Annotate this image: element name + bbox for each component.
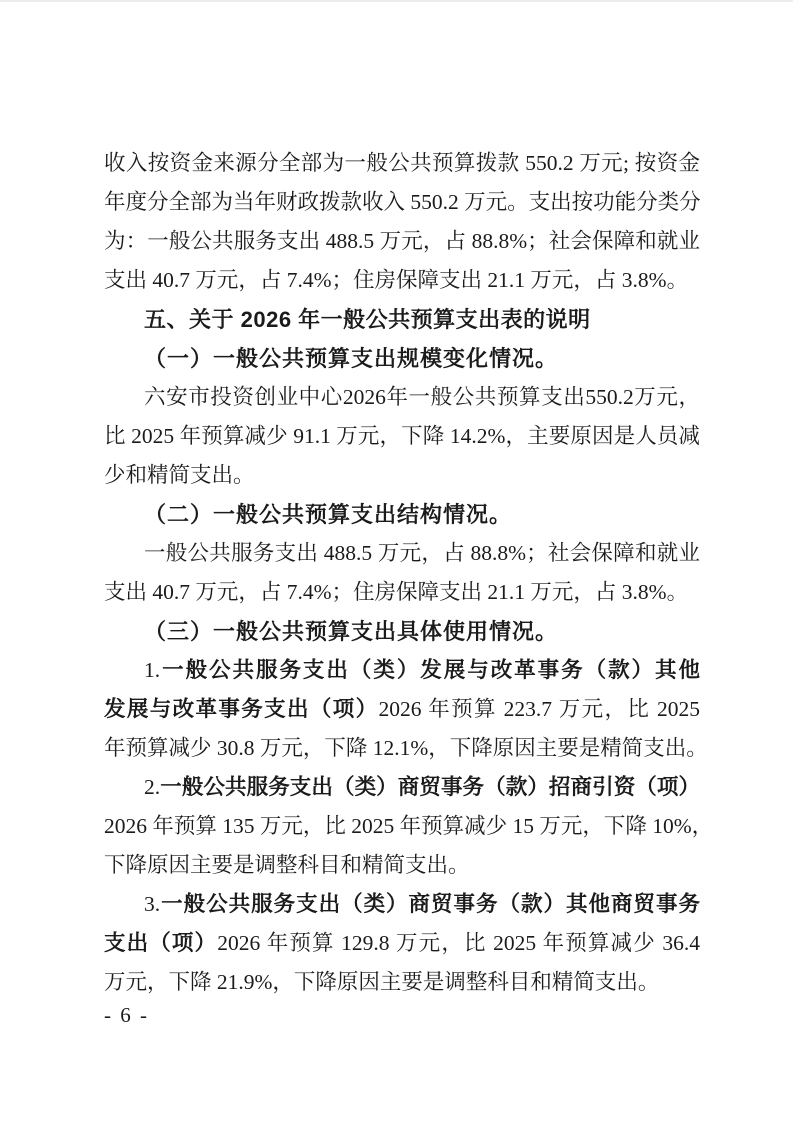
paragraph-line: 少和精简支出。 bbox=[104, 456, 700, 495]
list-item-2-line: 2.一般公共服务支出（类）商贸事务（款）招商引资（项） bbox=[104, 768, 700, 807]
list-item-1-line: 发展与改革事务支出（项）2026 年预算 223.7 万元，比 2025 bbox=[104, 690, 700, 729]
text-run: 为：一般公共服务支出 488.5 万元，占 88.8%；社会保障和就业 bbox=[104, 229, 700, 253]
text-run: 比 2025 年预算减少 91.1 万元，下降 14.2%，主要原因是人员减 bbox=[104, 424, 700, 448]
text-run: 年度分全部为当年财政拨款收入 550.2 万元。支出按功能分类分 bbox=[104, 190, 701, 214]
item-number: 3. bbox=[144, 892, 160, 916]
item-category-text: 支出（项） bbox=[104, 931, 217, 955]
subsection-heading-one: （一）一般公共预算支出规模变化情况。 bbox=[104, 339, 700, 378]
text-run: 支出 40.7 万元，占 7.4%；住房保障支出 21.1 万元，占 3.8%。 bbox=[104, 580, 688, 604]
list-item-2-line: 2026 年预算 135 万元，比 2025 年预算减少 15 万元，下降 10… bbox=[104, 807, 700, 846]
subsection-heading-three: （三）一般公共预算支出具体使用情况。 bbox=[104, 612, 700, 651]
paragraph-line: 支出 40.7 万元，占 7.4%；住房保障支出 21.1 万元，占 3.8%。 bbox=[104, 261, 700, 300]
list-item-3-line: 3.一般公共服务支出（类）商贸事务（款）其他商贸事务 bbox=[104, 885, 700, 924]
item-category-text: 一般公共服务支出（类）商贸事务（款）其他商贸事务 bbox=[160, 892, 700, 916]
section-heading-five: 五、关于 2026 年一般公共预算支出表的说明 bbox=[104, 300, 700, 339]
list-item-3-line: 万元，下降 21.9%，下降原因主要是调整科目和精简支出。 bbox=[104, 963, 700, 1002]
text-run: 一般公共服务支出 488.5 万元，占 88.8%；社会保障和就业 bbox=[144, 541, 700, 565]
heading-text: （一）一般公共预算支出规模变化情况。 bbox=[144, 346, 558, 371]
item-number: 1. bbox=[144, 658, 160, 682]
text-run: 支出 40.7 万元，占 7.4%；住房保障支出 21.1 万元，占 3.8%。 bbox=[104, 268, 688, 292]
text-run: 下降原因主要是调整科目和精简支出。 bbox=[104, 853, 470, 877]
item-number: 2. bbox=[144, 775, 160, 799]
heading-text: 五、关于 2026 年一般公共预算支出表的说明 bbox=[144, 307, 591, 332]
list-item-3-line: 支出（项）2026 年预算 129.8 万元，比 2025 年预算减少 36.4 bbox=[104, 924, 700, 963]
paragraph-line: 支出 40.7 万元，占 7.4%；住房保障支出 21.1 万元，占 3.8%。 bbox=[104, 573, 700, 612]
text-run: 2026 年预算 129.8 万元，比 2025 年预算减少 36.4 bbox=[217, 931, 700, 955]
subsection-heading-two: （二）一般公共预算支出结构情况。 bbox=[104, 495, 700, 534]
document-body: 收入按资金来源分全部为一般公共预算拨款 550.2 万元; 按资金 年度分全部为… bbox=[104, 144, 700, 1032]
text-run: 万元，下降 21.9%，下降原因主要是调整科目和精简支出。 bbox=[104, 970, 659, 994]
document-page: 收入按资金来源分全部为一般公共预算拨款 550.2 万元; 按资金 年度分全部为… bbox=[0, 0, 793, 1122]
page-number: - 6 - bbox=[104, 1002, 700, 1032]
item-category-text: 发展与改革事务支出（项） bbox=[104, 697, 379, 721]
item-category-text: 一般公共服务支出（类）商贸事务（款）招商引资（项） bbox=[160, 775, 700, 799]
list-item-1-line: 1.一般公共服务支出（类）发展与改革事务（款）其他 bbox=[104, 651, 700, 690]
text-run: 六安市投资创业中心2026年一般公共预算支出550.2万元， bbox=[144, 385, 700, 409]
heading-text: （三）一般公共预算支出具体使用情况。 bbox=[144, 619, 558, 644]
heading-text: （二）一般公共预算支出结构情况。 bbox=[144, 502, 512, 527]
paragraph-line: 比 2025 年预算减少 91.1 万元，下降 14.2%，主要原因是人员减 bbox=[104, 417, 700, 456]
text-run: 少和精简支出。 bbox=[104, 463, 255, 487]
paragraph-line: 年度分全部为当年财政拨款收入 550.2 万元。支出按功能分类分 bbox=[104, 183, 700, 222]
list-item-1-line: 年预算减少 30.8 万元，下降 12.1%，下降原因主要是精简支出。 bbox=[104, 729, 700, 768]
text-run: 2026 年预算 135 万元，比 2025 年预算减少 15 万元，下降 10… bbox=[104, 814, 713, 838]
paragraph-line: 为：一般公共服务支出 488.5 万元，占 88.8%；社会保障和就业 bbox=[104, 222, 700, 261]
paragraph-line: 六安市投资创业中心2026年一般公共预算支出550.2万元， bbox=[104, 378, 700, 417]
item-category-text: 一般公共服务支出（类）发展与改革事务（款）其他 bbox=[160, 658, 700, 682]
text-run: 2026 年预算 223.7 万元，比 2025 bbox=[379, 697, 701, 721]
text-run: 收入按资金来源分全部为一般公共预算拨款 550.2 万元; 按资金 bbox=[104, 151, 700, 175]
paragraph-line: 一般公共服务支出 488.5 万元，占 88.8%；社会保障和就业 bbox=[104, 534, 700, 573]
list-item-2-line: 下降原因主要是调整科目和精简支出。 bbox=[104, 846, 700, 885]
paragraph-line: 收入按资金来源分全部为一般公共预算拨款 550.2 万元; 按资金 bbox=[104, 144, 700, 183]
text-run: 年预算减少 30.8 万元，下降 12.1%，下降原因主要是精简支出。 bbox=[104, 736, 708, 760]
